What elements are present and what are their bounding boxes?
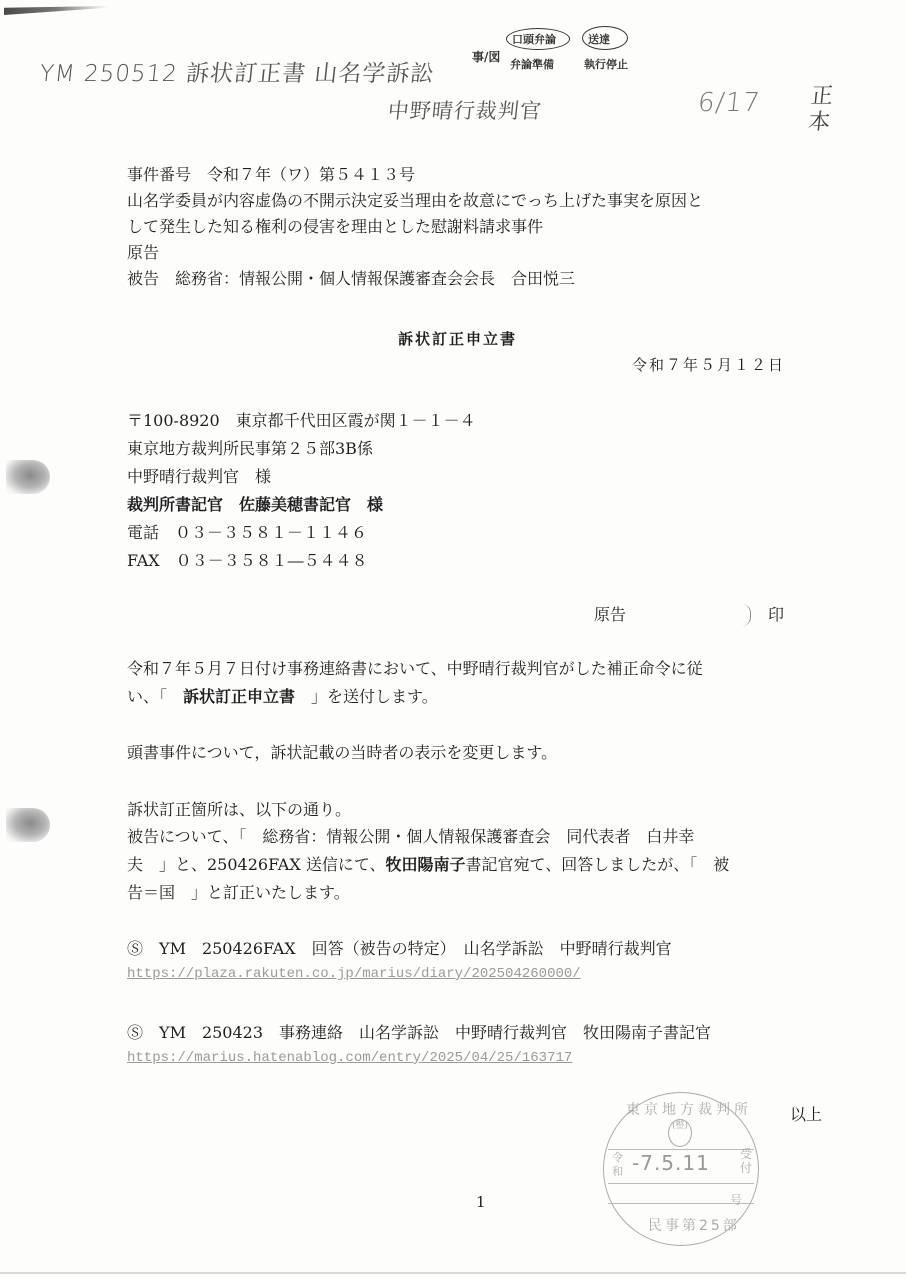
seal-label: 印 bbox=[768, 602, 784, 628]
handwritten-judge-note: 中野晴行裁判官 bbox=[386, 95, 543, 125]
office-item-service: 送達 bbox=[588, 31, 610, 47]
case-name-line-2: して発生した知る権利の侵害を理由とした慰謝料請求事件 bbox=[127, 214, 543, 240]
body-para2: 頭書事件について，訴状記載の当時者の表示を変更します。 bbox=[127, 740, 557, 766]
plaintiff-label: 原告 bbox=[127, 240, 159, 266]
scan-edge-mark bbox=[4, 6, 108, 15]
body-para3-line2: 被告について、「 総務省：情報公開・個人情報保護審査会 同代表者 白井幸 bbox=[127, 824, 694, 850]
office-item-preparation: 弁論準備 bbox=[510, 56, 554, 72]
body-bold-title: 訴状訂正申立書 bbox=[183, 687, 295, 706]
reference-2-url[interactable]: https://marius.hatenablog.com/entry/2025… bbox=[127, 1050, 572, 1066]
court-division: 東京地方裁判所民事第２５部3B係 bbox=[127, 436, 373, 462]
reference-2-title: Ⓢ YM 250423 事務連絡 山名学訴訟 中野晴行裁判官 牧田陽南子書記官 bbox=[127, 1020, 711, 1046]
body-para3-line3: 夫 」と、250426FAX 送信にて、牧田陽南子書記官宛て、回答しましたが、「… bbox=[127, 852, 729, 878]
stamp-division: 民事第25部 bbox=[648, 1215, 740, 1235]
body-para1-line1: 令和７年５月７日付け事務連絡書において、中野晴行裁判官がした補正命令に従 bbox=[127, 656, 703, 682]
stamp-number-label: 号 bbox=[730, 1191, 742, 1208]
office-processing-stamp: 事/図 口頭弁論 送達 弁論準備 執行停止 bbox=[470, 28, 690, 78]
body-text: 書記官宛て、回答しましたが、「 被 bbox=[466, 855, 730, 874]
body-text: い、「 bbox=[127, 687, 183, 706]
handwritten-received-date: 6/17 bbox=[696, 88, 762, 118]
body-text: 」を送付します。 bbox=[295, 687, 438, 706]
reference-1-url[interactable]: https://plaza.rakuten.co.jp/marius/diary… bbox=[127, 966, 581, 982]
case-name-line-1: 山名学委員が内容虚偽の不開示決定妥当理由を故意にでっち上げた事実を原因と bbox=[127, 188, 703, 214]
stamp-date: -7.5.11 bbox=[632, 1151, 710, 1175]
fax-number: FAX ０３－３５８１―５４４８ bbox=[127, 548, 368, 574]
stamp-received-label: 受付 bbox=[740, 1147, 752, 1175]
postal-address: 〒100‐8920 東京都千代田区霞が関１－１－４ bbox=[127, 408, 476, 434]
punch-hole-upper bbox=[6, 460, 50, 494]
reference-1-title: Ⓢ YM 250426FAX 回答（被告の特定） 山名学訴訟 中野晴行裁判官 bbox=[127, 936, 672, 962]
stamp-center-seal: (整) bbox=[668, 1119, 692, 1147]
case-number: 事件番号 令和７年（ワ）第５４１３号 bbox=[127, 162, 415, 188]
document-title: 訴状訂正申立書 bbox=[398, 328, 517, 349]
handwritten-copy-mark: 正本 bbox=[805, 84, 836, 136]
document-date: 令和７年５月１２日 bbox=[632, 354, 785, 375]
defendant-line: 被告 総務省：情報公開・個人情報保護審査会会長 合田悦三 bbox=[127, 266, 575, 292]
body-bold-clerk-name: 牧田陽南子 bbox=[386, 855, 466, 874]
seal-bracket-mark bbox=[742, 604, 751, 626]
phone-number: 電話 ０３－３５８１－１１４６ bbox=[127, 520, 367, 546]
handwritten-header-note: YM 250512 訴状訂正書 山名学訴訟 bbox=[38, 55, 436, 88]
clerk-addressee: 裁判所書記官 佐藤美穂書記官 様 bbox=[127, 492, 383, 518]
body-para3-line1: 訴状訂正箇所は、以下の通り。 bbox=[127, 797, 351, 823]
closing-text: 以上 bbox=[790, 1102, 822, 1128]
body-para1-line2: い、「 訴状訂正申立書 」を送付します。 bbox=[127, 684, 438, 710]
office-item-oral-argument: 口頭弁論 bbox=[512, 31, 556, 47]
stamp-band-line bbox=[608, 1149, 754, 1150]
page-bottom-edge bbox=[0, 1272, 906, 1274]
stamp-era-label: 令和 bbox=[612, 1151, 624, 1179]
punch-hole-lower bbox=[6, 808, 50, 842]
stamp-court-name: 東京地方裁判所 bbox=[626, 1099, 752, 1119]
stamp-band-line bbox=[608, 1183, 754, 1184]
office-item-stay: 執行停止 bbox=[584, 56, 628, 72]
body-text: 夫 」と、250426FAX 送信にて、 bbox=[127, 855, 386, 874]
court-receipt-stamp: 東京地方裁判所 (整) -7.5.11 令和 受付 号 民事第25部 bbox=[603, 1092, 759, 1246]
judge-addressee: 中野晴行裁判官 様 bbox=[127, 464, 271, 490]
page-number: 1 bbox=[476, 1193, 486, 1211]
body-para3-line4: 告＝国 」と訂正いたします。 bbox=[127, 880, 350, 906]
signature-plaintiff-label: 原告 bbox=[594, 602, 626, 628]
office-stamp-label: 事/図 bbox=[472, 48, 500, 65]
